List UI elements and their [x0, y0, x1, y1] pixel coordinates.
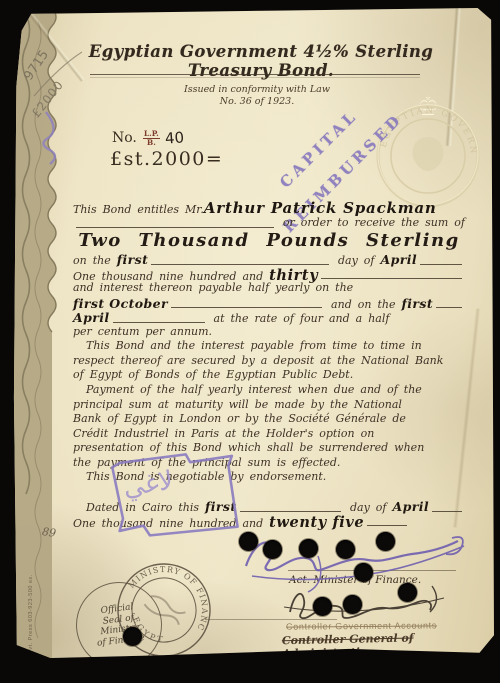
series-bottom: B. [147, 139, 156, 147]
printed-text: day of [332, 254, 381, 267]
body-line: respect thereof are secured by a deposit… [73, 354, 465, 369]
controller-accounts-label: Controller Government Accounts [286, 620, 437, 631]
printed-text: per centum per annum. [73, 325, 212, 338]
body-line: or order to receive the sum of [73, 216, 465, 231]
serial-number-value: 40 [164, 128, 184, 147]
handwritten-text: April [380, 252, 417, 267]
printed-text: or order to receive the sum of [277, 216, 465, 229]
serial-no-label: No. [112, 130, 137, 146]
handwritten-text: Arthur Patrick Spackman [204, 199, 437, 217]
stamp-center-smudge [143, 593, 186, 626]
printed-text: of Egypt of Bonds of the Egyptian Public… [73, 368, 353, 381]
body-line: first October and on the first [73, 296, 465, 311]
body-line: Two Thousand Pounds Sterling [73, 230, 465, 252]
seal-lion-emblem [412, 137, 443, 171]
act-minister-label: Act. Minister of Finance. [289, 574, 421, 586]
body-line: Bank of Egypt in London or by the Sociét… [73, 412, 465, 427]
printed-text: and interest thereon payable half yearly… [73, 281, 353, 294]
series-fraction: L.P. B. [143, 130, 160, 147]
body-line: on the first day of April [73, 252, 465, 267]
body-line: Payment of the half yearly interest when… [73, 383, 465, 398]
printed-text: at the rate of four and a half [208, 312, 390, 325]
blank-fill-rule [240, 501, 341, 512]
blank-fill-rule [436, 297, 462, 308]
body-line: Crédit Industriel in Paris at the Holder… [73, 427, 465, 442]
blank-fill-rule [113, 312, 205, 323]
printed-text: This Bond entitles Mr. [73, 203, 204, 216]
handwritten-text: first October [73, 296, 168, 311]
blank-fill-rule [321, 268, 462, 279]
blank-fill-rule [151, 254, 329, 265]
blank-fill-rule [432, 501, 462, 512]
blank-fill-rule [171, 297, 322, 308]
printed-text: This Bond and the interest payable from … [86, 339, 422, 352]
blank-fill-rule [76, 217, 274, 228]
serial-number-block: No. L.P. B. 40 [112, 129, 184, 147]
printed-text: and on the [325, 298, 401, 311]
body-line: One thousand nine hundred and thirty [73, 267, 465, 282]
minister-signature-rule [288, 570, 456, 571]
printed-text: Crédit Industriel in Paris at the Holder… [73, 427, 374, 440]
printed-text: Bank of Egypt in London or by the Sociét… [73, 412, 406, 425]
ministry-stamp-arc-top: MINISTRY OF FINANCE [114, 558, 216, 633]
handwritten-text: first [401, 296, 433, 311]
body-line: This Bond entitles Mr.Arthur Patrick Spa… [73, 199, 465, 216]
body-line: This Bond and the interest payable from … [73, 339, 465, 354]
printed-text: respect thereof are secured by a deposit… [73, 354, 443, 367]
body-line: of Egypt of Bonds of the Egyptian Public… [73, 368, 465, 383]
face-value: £st.2000= [110, 148, 223, 170]
printed-text: Payment of the half yearly interest when… [86, 383, 422, 396]
arabic-cancellation-stamp: لاغي [106, 447, 245, 550]
handwritten-text: first [117, 252, 149, 267]
body-line: April at the rate of four and a half [73, 310, 465, 325]
photo-background: Egyptian Government 4½% Sterling Treasur… [0, 0, 500, 683]
law-note-line1: Issued in conformity with Law [132, 84, 382, 96]
handwritten-text: April [73, 310, 110, 325]
body-line: per centum per annum. [73, 325, 465, 340]
blank-fill-rule [367, 515, 407, 526]
svg-text:MINISTRY OF FINANCE: MINISTRY OF FINANCE [114, 558, 216, 633]
handwritten-text: twenty five [269, 514, 364, 531]
body-line: and interest thereon payable half yearly… [73, 281, 465, 296]
bond-document: Egyptian Government 4½% Sterling Treasur… [12, 8, 494, 658]
printed-text: day of [344, 501, 393, 514]
blank-fill-rule [420, 254, 462, 265]
footer-pencil-line [205, 619, 337, 620]
body-line: principal sum at maturity will be made b… [73, 398, 465, 413]
controller-general-label: Controller General of Administration [282, 630, 494, 660]
handwritten-text: April [392, 499, 429, 514]
margin-paraph-mark: 89 [41, 525, 57, 540]
printer-imprint: Govt. Press 603-923-500 ex. [28, 574, 34, 658]
ministry-of-finance-round-stamp: MINISTRY OF FINANCE EGYPT [112, 558, 216, 662]
printed-text: principal sum at maturity will be made b… [73, 398, 402, 411]
printed-text: on the [73, 254, 117, 267]
handwritten-text: Two Thousand Pounds Sterling [73, 230, 465, 251]
